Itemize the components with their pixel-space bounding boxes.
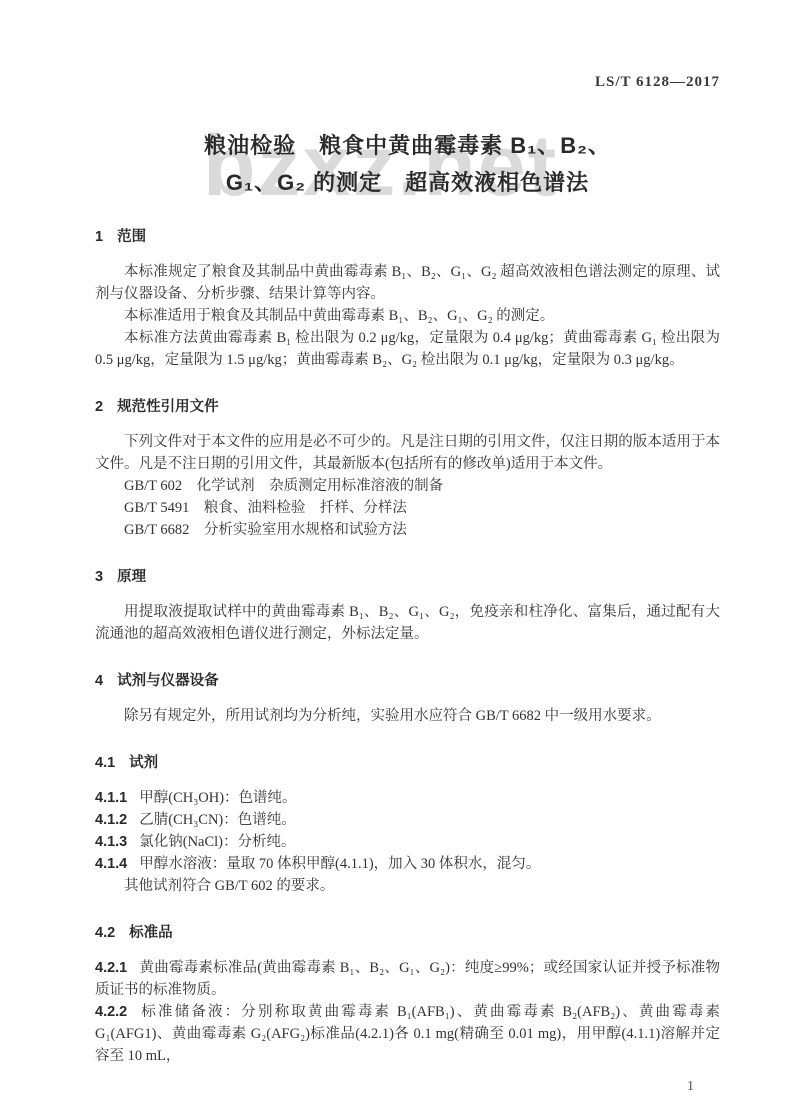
section-4-label: 试剂与仪器设备: [117, 673, 219, 689]
clause-item: 4.2.2标准储备液：分别称取黄曲霉毒素 B₁(AFB₁)、黄曲霉毒素 B₂(A…: [95, 1001, 720, 1067]
clause-item: 4.1.3氯化钠(NaCl)：分析纯。: [95, 831, 720, 853]
document-title-line1: 粮油检验 粮食中黄曲霉毒素 B₁、B₂、: [95, 127, 720, 164]
normative-reference: GB/T 6682 分析实验室用水规格和试验方法: [124, 519, 720, 541]
section-3-label: 原理: [117, 569, 146, 585]
section-1-label: 范围: [117, 229, 146, 245]
clause-number: 4.1.4: [95, 856, 127, 872]
reagents-note: 其他试剂符合 GB/T 602 的要求。: [95, 875, 720, 897]
section-2-heading: 2规范性引用文件: [95, 397, 720, 417]
title-block: bzxz.net 粮油检验 粮食中黄曲霉毒素 B₁、B₂、 G₁、G₂ 的测定 …: [95, 127, 720, 201]
section-4-1-label: 试剂: [129, 755, 158, 771]
section-1-paragraph-3: 本标准方法黄曲霉毒素 B₁ 检出限为 0.2 μg/kg，定量限为 0.4 μg…: [95, 327, 720, 371]
standard-code: LS/T 6128—2017: [95, 74, 720, 91]
section-4-2-number: 4.2: [95, 925, 115, 941]
clause-number: 4.1.2: [95, 812, 127, 828]
page-number: 1: [95, 1079, 720, 1095]
section-4-heading: 4试剂与仪器设备: [95, 671, 720, 691]
normative-reference: GB/T 602 化学试剂 杂质测定用标准溶液的制备: [124, 475, 720, 497]
section-3-number: 3: [95, 569, 103, 585]
document-content: LS/T 6128—2017 bzxz.net 粮油检验 粮食中黄曲霉毒素 B₁…: [0, 74, 800, 1095]
normative-reference: GB/T 5491 粮食、油料检验 扦样、分样法: [124, 497, 720, 519]
section-2-paragraph-1: 下列文件对于本文件的应用是必不可少的。凡是注日期的引用文件，仅注日期的版本适用于…: [95, 431, 720, 475]
section-1-paragraph-1: 本标准规定了粮食及其制品中黄曲霉毒素 B₁、B₂、G₁、G₂ 超高效液相色谱法测…: [95, 261, 720, 305]
clause-item: 4.2.1黄曲霉毒素标准品(黄曲霉毒素 B₁、B₂、G₁、G₂)：纯度≥99%；…: [95, 957, 720, 1001]
clause-text: 甲醇水溶液：量取 70 体积甲醇(4.1.1)，加入 30 体积水，混匀。: [139, 856, 540, 872]
section-4-number: 4: [95, 673, 103, 689]
section-2-label: 规范性引用文件: [117, 399, 219, 415]
clause-item: 4.1.4甲醇水溶液：量取 70 体积甲醇(4.1.1)，加入 30 体积水，混…: [95, 853, 720, 875]
section-4-2-heading: 4.2标准品: [95, 923, 720, 943]
clause-text: 黄曲霉毒素标准品(黄曲霉毒素 B₁、B₂、G₁、G₂)：纯度≥99%；或经国家认…: [95, 960, 720, 998]
clause-number: 4.1.1: [95, 790, 127, 806]
section-3-paragraph-1: 用提取液提取试样中的黄曲霉毒素 B₁、B₂、G₁、G₂，免疫亲和柱净化、富集后，…: [95, 601, 720, 645]
clause-item: 4.1.1甲醇(CH₃OH)：色谱纯。: [95, 787, 720, 809]
section-2-number: 2: [95, 399, 103, 415]
clause-text: 氯化钠(NaCl)：分析纯。: [139, 834, 295, 850]
clause-number: 4.2.1: [95, 960, 127, 976]
clause-text: 乙腈(CH₃CN)：色谱纯。: [139, 812, 296, 828]
document-title-line2: G₁、G₂ 的测定 超高效液相色谱法: [95, 164, 720, 201]
document-page: LS/T 6128—2017 bzxz.net 粮油检验 粮食中黄曲霉毒素 B₁…: [0, 0, 800, 1098]
clause-text: 甲醇(CH₃OH)：色谱纯。: [139, 790, 296, 806]
clause-item: 4.1.2乙腈(CH₃CN)：色谱纯。: [95, 809, 720, 831]
section-4-paragraph-1: 除另有规定外，所用试剂均为分析纯，实验用水应符合 GB/T 6682 中一级用水…: [95, 705, 720, 727]
clause-number: 4.2.2: [95, 1004, 127, 1020]
section-1-number: 1: [95, 229, 103, 245]
section-4-1-number: 4.1: [95, 755, 115, 771]
clause-number: 4.1.3: [95, 834, 127, 850]
section-4-2-label: 标准品: [129, 925, 173, 941]
section-4-1-heading: 4.1试剂: [95, 753, 720, 773]
clause-text: 标准储备液：分别称取黄曲霉毒素 B₁(AFB₁)、黄曲霉毒素 B₂(AFB₂)、…: [95, 1004, 720, 1064]
section-1-paragraph-2: 本标准适用于粮食及其制品中黄曲霉毒素 B₁、B₂、G₁、G₂ 的测定。: [95, 305, 720, 327]
section-3-heading: 3原理: [95, 567, 720, 587]
section-1-heading: 1范围: [95, 227, 720, 247]
